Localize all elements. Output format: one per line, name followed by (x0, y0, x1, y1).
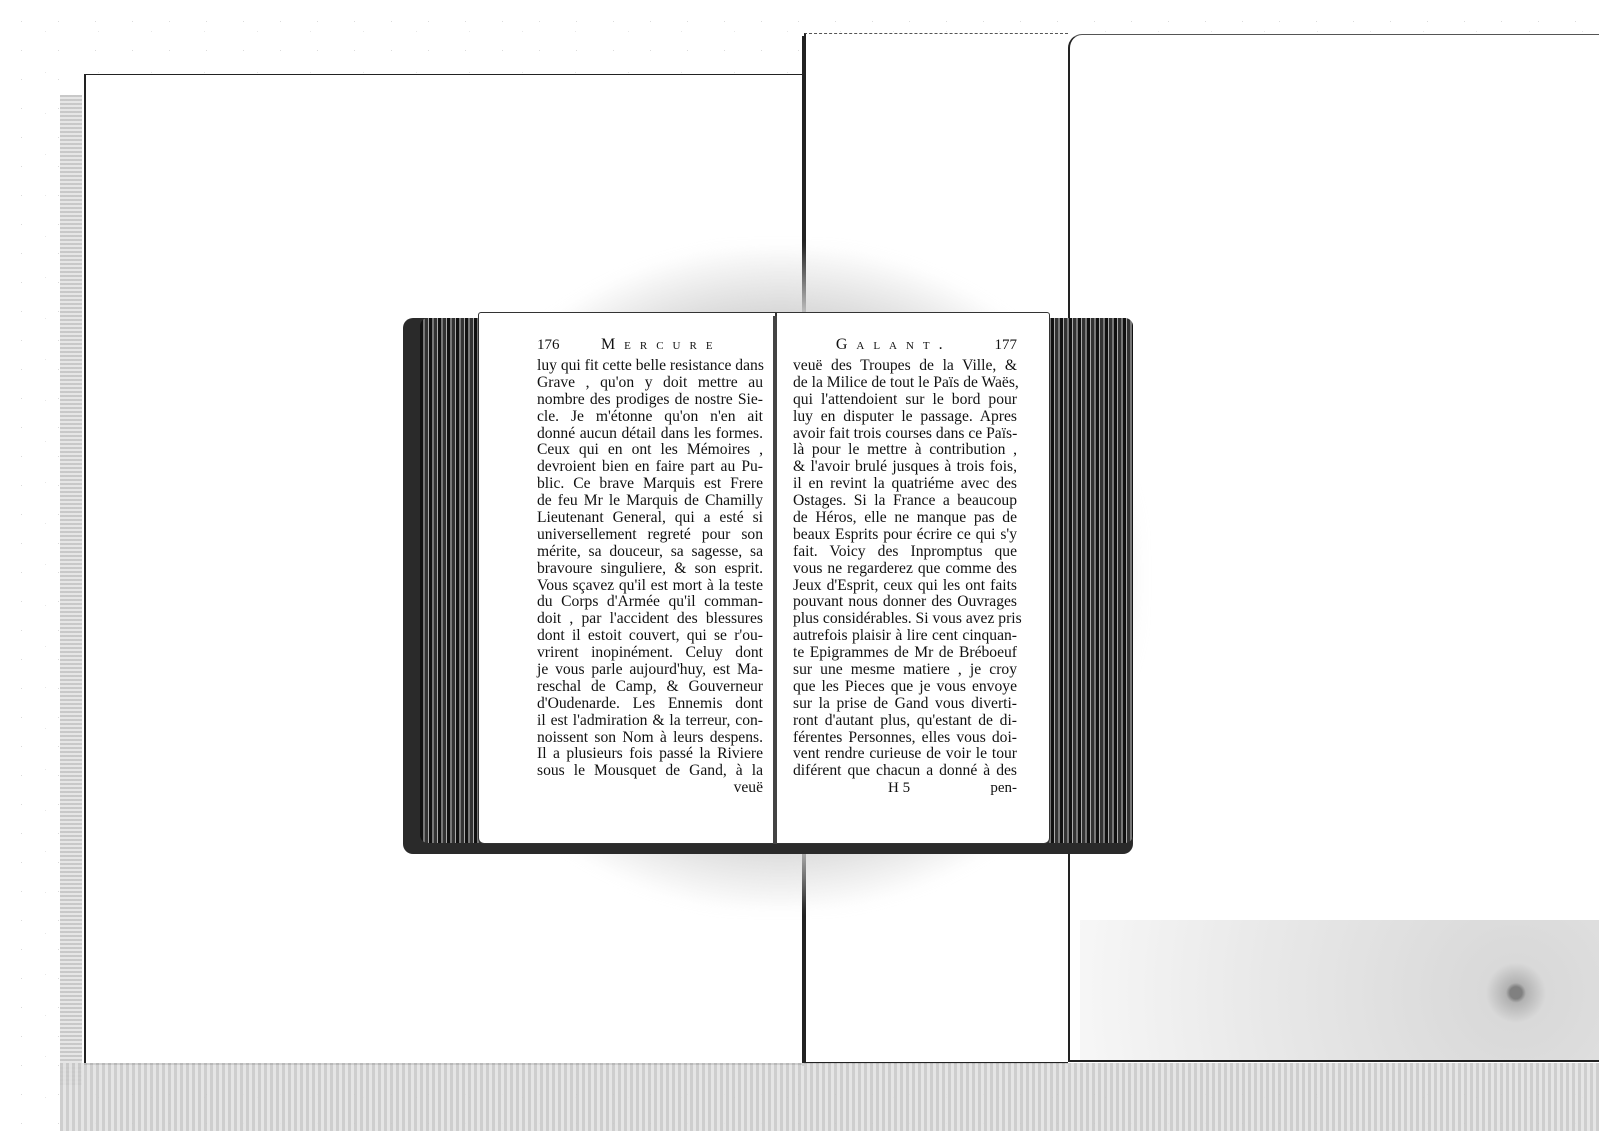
text-line: là pour le mettre à contribution , (793, 442, 1017, 459)
text-line: fait. Voicy des Inpromptus que (793, 544, 1017, 561)
text-line: de feu Mr le Marquis de Chamilly (537, 493, 763, 510)
text-line: luy qui fit cette belle resistance dans (537, 358, 763, 375)
text-line: de la Milice de tout le Païs de Waës, (793, 375, 1017, 392)
text-line: luy en disputer le passage. Apres (793, 409, 1017, 426)
page-number: 176 (537, 337, 560, 354)
text-line: donné aucun détail dans les formes. (537, 426, 763, 443)
text-line: vous ne regarderez que comme des (793, 561, 1017, 578)
bottom-sheet-edge (60, 1063, 1599, 1131)
text-line: sur une mesme matiere , je croy (793, 662, 1017, 679)
text-line: noissent son Nom à leurs despens. (537, 730, 763, 747)
text-line: vent rendre curieuse de voir le tour (793, 746, 1017, 763)
text-line: ront d'autant plus, qu'estant de di- (793, 713, 1017, 730)
left-sheet-shadow (60, 95, 82, 1085)
text-line: nombre des prodiges de nostre Sie- (537, 392, 763, 409)
book-gutter (773, 316, 777, 844)
text-line: & l'avoir brulé jusques à trois fois, (793, 459, 1017, 476)
text-line: Grave , qu'on y doit mettre au (537, 375, 763, 392)
text-line: Ceux qui en ont les Mémoires , (537, 442, 763, 459)
text-line: universellement regreté pour son (537, 527, 763, 544)
text-line: de Héros, elle ne manque pas de (793, 510, 1017, 527)
page-number: 177 (994, 337, 1017, 354)
signature-mark: H 5 (888, 780, 910, 797)
right-running-head: Galant. 177 (793, 336, 1017, 358)
stain-area (1080, 920, 1599, 1060)
catchword: veuë (537, 780, 763, 797)
text-line: devroient bien en faire part au Pu- (537, 459, 763, 476)
text-line: doit , par l'accident des blessures (537, 611, 763, 628)
text-line: avoir fait trois courses dans ce Païs- (793, 426, 1017, 443)
text-line: il en revint la quatriéme avec des (793, 476, 1017, 493)
text-line: plus considérables. Si vous avez pris (793, 611, 1017, 628)
text-line: vrirent inopinément. Celuy dont (537, 645, 763, 662)
text-line: te Epigrammes de Mr de Bréboeuf (793, 645, 1017, 662)
text-line: Jeux d'Esprit, ceux qui les ont faits (793, 578, 1017, 595)
text-line: férentes Personnes, elles vous doi- (793, 730, 1017, 747)
text-line: diférent que chacun a donné à des (793, 763, 1017, 780)
left-running-head: 176 Mercure (537, 336, 763, 358)
text-line: bravoure singuliere, & son esprit. (537, 561, 763, 578)
text-line: pouvant nous donner des Ouvrages (793, 594, 1017, 611)
right-page-text: Galant. 177 veuë des Troupes de la Ville… (793, 336, 1017, 797)
text-line: d'Oudenarde. Les Ennemis dont (537, 696, 763, 713)
background-sheet-right (1068, 34, 1599, 1062)
running-title: Galant. (836, 336, 952, 354)
text-line: veuë des Troupes de la Ville, & (793, 358, 1017, 375)
text-line: sur la prise de Gand vous diverti- (793, 696, 1017, 713)
text-line: qui l'attendoient sur le bord pour (793, 392, 1017, 409)
text-line: Ostages. Si la France a beaucoup (793, 493, 1017, 510)
text-line: je vous parle aujourd'huy, est Ma- (537, 662, 763, 679)
text-line: Il a plusieurs fois passé la Riviere (537, 746, 763, 763)
catchword: pen- (990, 780, 1017, 797)
text-line: blic. Ce brave Marquis est Frere (537, 476, 763, 493)
text-line: reschal de Camp, & Gouverneur (537, 679, 763, 696)
text-line: Vous sçavez qu'il est mort à la teste (537, 578, 763, 595)
text-line: que les Pieces que je vous envoye (793, 679, 1017, 696)
page-footer: H 5 pen- (793, 780, 1017, 797)
text-line: il est l'admiration & la terreur, con- (537, 713, 763, 730)
text-line: du Corps d'Armée qu'il comman- (537, 594, 763, 611)
text-line: autrefois plaisir à lire cent cinquan- (793, 628, 1017, 645)
running-title: Mercure (601, 336, 722, 354)
text-line: mérite, sa douceur, sa sagesse, sa (537, 544, 763, 561)
text-line: cle. Je m'étonne qu'on n'en ait (537, 409, 763, 426)
text-line: sous le Mousquet de Gand, à la (537, 763, 763, 780)
text-line: dont il estoit couvert, qui se r'ou- (537, 628, 763, 645)
text-line: beaux Esprits pour écrire ce qui s'y (793, 527, 1017, 544)
text-line: Lieutenant General, qui a esté si (537, 510, 763, 527)
left-page-text: 176 Mercure luy qui fit cette belle resi… (537, 336, 763, 797)
page-edges-right (1045, 318, 1133, 843)
